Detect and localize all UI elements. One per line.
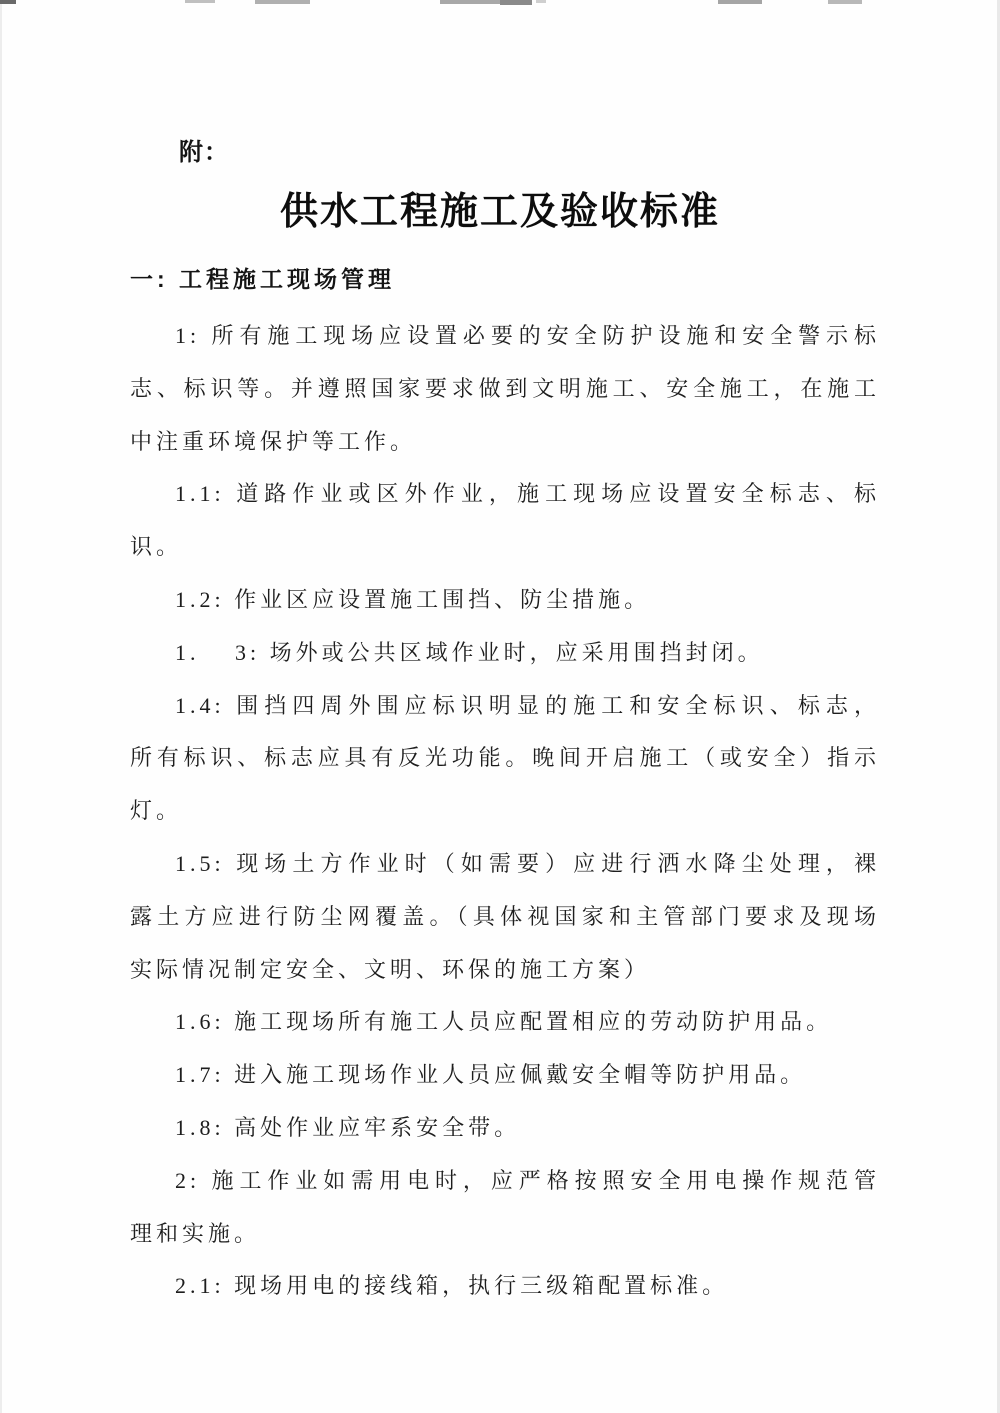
scan-artifact bbox=[500, 0, 532, 5]
body-line: 1. 3: 场外或公共区域作业时，应采用围挡封闭。 bbox=[130, 627, 880, 680]
body-line: 1.5: 现场土方作业时（如需要）应进行洒水降尘处理，裸 bbox=[130, 838, 880, 891]
body-line: 灯。 bbox=[130, 785, 880, 838]
scan-artifact bbox=[255, 0, 310, 4]
body-line: 1.6: 施工现场所有施工人员应配置相应的劳动防护用品。 bbox=[130, 996, 880, 1049]
body-line: 2: 施工作业如需用电时，应严格按照安全用电操作规范管 bbox=[130, 1155, 880, 1208]
body-line: 2.1: 现场用电的接线箱，执行三级箱配置标准。 bbox=[130, 1260, 880, 1313]
body-line: 1.7: 进入施工现场作业人员应佩戴安全帽等防护用品。 bbox=[130, 1049, 880, 1102]
body-line: 1.4: 围挡四周外围应标识明显的施工和安全标识、标志， bbox=[130, 680, 880, 733]
scan-artifact bbox=[718, 0, 762, 4]
document-title: 供水工程施工及验收标准 bbox=[0, 189, 1000, 235]
body-line: 所有标识、标志应具有反光功能。晚间开启施工（或安全）指示 bbox=[130, 732, 880, 785]
body-line: 1.8: 高处作业应牢系安全带。 bbox=[130, 1102, 880, 1155]
attachment-label: 附： bbox=[179, 132, 229, 167]
document-body: 1: 所有施工现场应设置必要的安全防护设施和安全警示标志、标识等。并遵照国家要求… bbox=[130, 310, 880, 1313]
body-line: 1.1: 道路作业或区外作业，施工现场应设置安全标志、标 bbox=[130, 468, 880, 521]
body-line: 中注重环境保护等工作。 bbox=[130, 416, 880, 469]
scanned-document-page: 附： 供水工程施工及验收标准 一: 工程施工现场管理 1: 所有施工现场应设置必… bbox=[0, 0, 1000, 1413]
scan-artifact bbox=[440, 0, 502, 4]
scan-artifact bbox=[185, 0, 215, 3]
body-line: 1: 所有施工现场应设置必要的安全防护设施和安全警示标 bbox=[130, 310, 880, 363]
body-line: 志、标识等。并遵照国家要求做到文明施工、安全施工，在施工 bbox=[130, 363, 880, 416]
section-heading: 一: 工程施工现场管理 bbox=[130, 261, 395, 294]
body-line: 理和实施。 bbox=[130, 1208, 880, 1261]
body-line: 1.2: 作业区应设置施工围挡、防尘措施。 bbox=[130, 574, 880, 627]
scan-artifact bbox=[828, 0, 862, 4]
scan-artifact bbox=[536, 0, 546, 3]
scan-artifact bbox=[0, 0, 16, 4]
body-line: 识。 bbox=[130, 521, 880, 574]
body-line: 露土方应进行防尘网覆盖。（具体视国家和主管部门要求及现场 bbox=[130, 891, 880, 944]
body-line: 实际情况制定安全、文明、环保的施工方案） bbox=[130, 944, 880, 997]
